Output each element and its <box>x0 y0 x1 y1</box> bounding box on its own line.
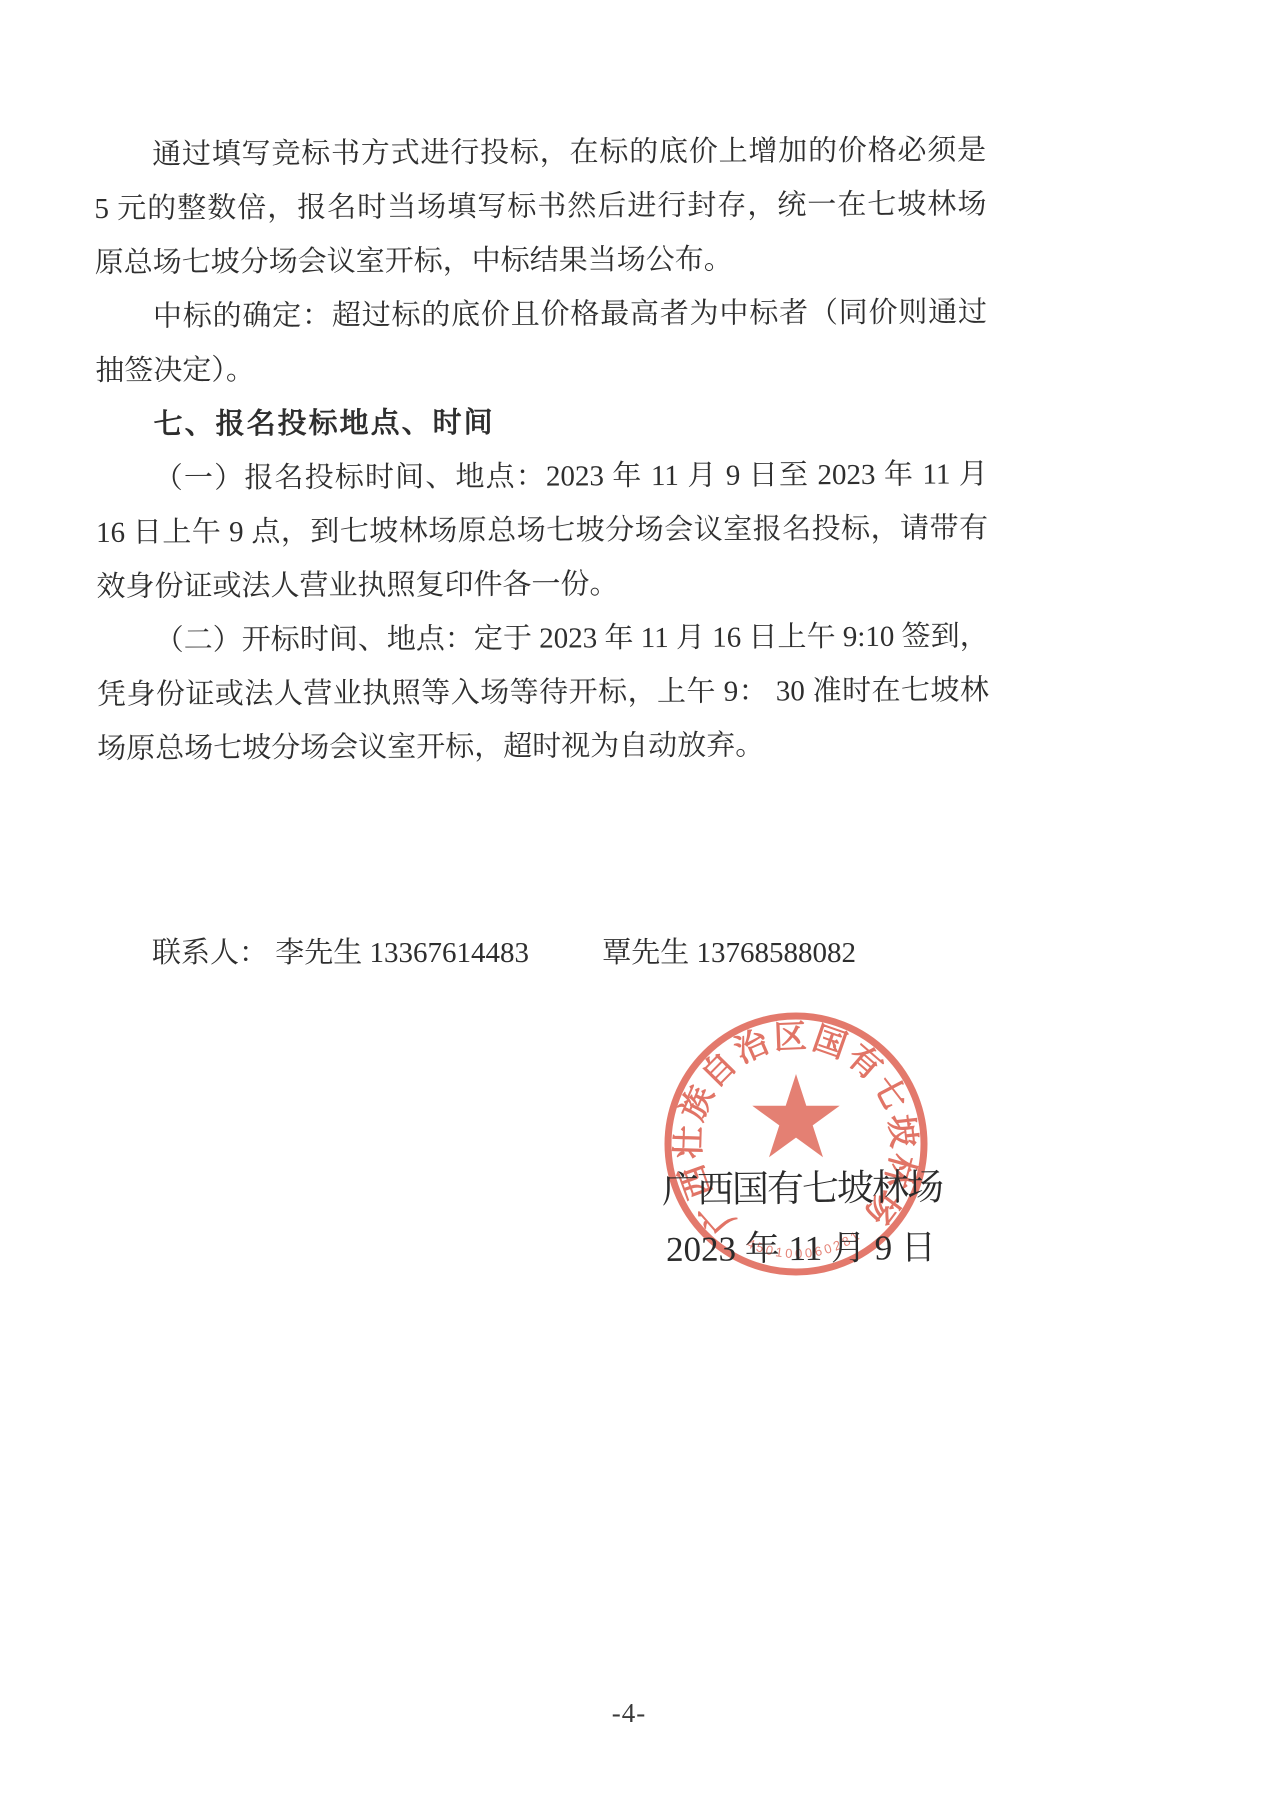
red-star-icon <box>752 1074 839 1157</box>
contact-person-1: 李先生 13367614483 <box>275 937 529 969</box>
section-heading: 七、报名投标地点、时间 <box>95 393 987 452</box>
paragraph-line: 中标的确定：超过标的底价且价格最高者为中标者（同价则通过 <box>95 285 987 344</box>
paragraph-line: 场原总场七坡分场会议室开标，超时视为自动放弃。 <box>97 717 989 776</box>
paragraph-line: 抽签决定）。 <box>95 339 987 398</box>
paragraph-line: 通过填写竞标书方式进行投标，在标的底价上增加的价格必须是 <box>94 123 986 182</box>
paragraph-line: 效身份证或法人营业执照复印件各一份。 <box>96 555 988 614</box>
paragraph-line: 原总场七坡分场会议室开标，中标结果当场公布。 <box>95 231 987 290</box>
contact-person-2: 覃先生 13768588082 <box>602 937 856 969</box>
paragraph-line: 16 日上午 9 点，到七坡林场原总场七坡分场会议室报名投标，请带有 <box>96 501 988 560</box>
contact-line: 联系人： 李先生 13367614483 覃先生 13768588082 <box>152 926 856 980</box>
signature-date: 2023 年 11 月 9 日 <box>666 1220 936 1272</box>
signature-organization: 广西国有七坡林场 <box>662 1157 943 1214</box>
body-text: 通过填写竞标书方式进行投标，在标的底价上增加的价格必须是 5 元的整数倍，报名时… <box>94 123 989 776</box>
paragraph-line: （一）报名投标时间、地点：2023 年 11 月 9 日至 2023 年 11 … <box>96 447 988 506</box>
document-page: 通过填写竞标书方式进行投标，在标的底价上增加的价格必须是 5 元的整数倍，报名时… <box>0 0 1280 1809</box>
contact-label: 联系人： <box>152 937 268 969</box>
paragraph-line: 凭身份证或法人营业执照等入场等待开标，上午 9： 30 准时在七坡林 <box>97 663 989 722</box>
paragraph-line: 5 元的整数倍，报名时当场填写标书然后进行封存，统一在七坡林场 <box>94 177 986 236</box>
paragraph-line: （二）开标时间、地点：定于 2023 年 11 月 16 日上午 9:10 签到… <box>97 609 989 668</box>
page-number: -4- <box>0 1698 1258 1729</box>
